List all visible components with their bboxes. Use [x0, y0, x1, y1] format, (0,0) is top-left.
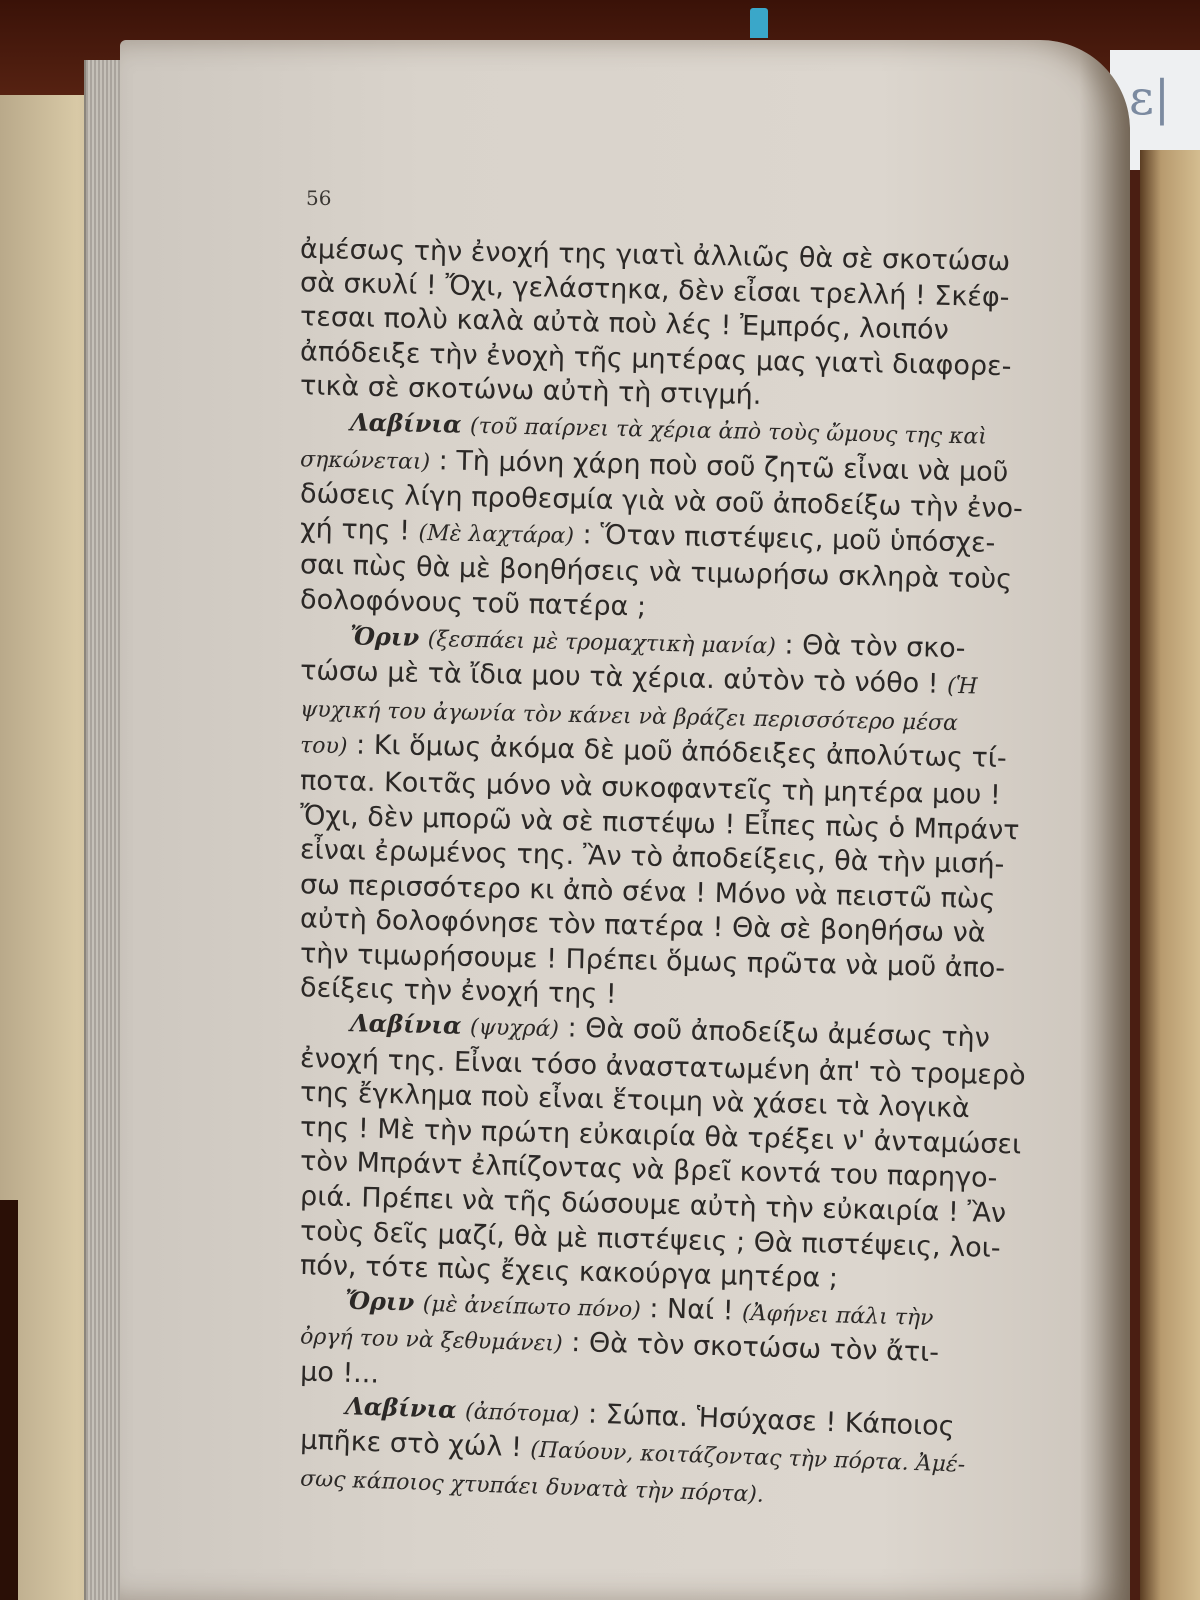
bookmark-ribbon [750, 8, 768, 38]
page-text: ἀμέσως τὴν ἐνοχή της γιατὶ ἀλλιῶς θὰ σὲ … [300, 240, 1130, 1511]
stage-direction: (Μὲ λαχτάρα) [418, 521, 574, 549]
page-number: 56 [306, 186, 331, 210]
stage-direction: (τοῦ παίρνει τὰ χέρια ἀπὸ τοὺς ὤμους της… [470, 414, 987, 450]
speaker-name: Ὄριν [345, 1285, 415, 1316]
stage-direction: σηκώνεται) [300, 447, 430, 475]
stage-direction: ὀργή του νὰ ξεθυμάνει) [300, 1325, 563, 1357]
stage-direction: (μὲ ἀνείπωτο πόνο) [422, 1292, 641, 1323]
book-cover-right [1140, 150, 1200, 1600]
stage-direction: (Ἀφήνει πάλι τὴν [742, 1301, 934, 1331]
stage-direction: (ξεσπάει μὲ τρομαχτικὴ μανία) [427, 627, 776, 659]
speaker-name: Λαβίνια [345, 1391, 457, 1424]
background-shadow [0, 1200, 18, 1600]
stage-direction: (Ἡ [947, 674, 978, 700]
handwriting-mark: ε| [1129, 70, 1170, 126]
stage-direction: του) [300, 734, 348, 760]
stage-direction: (ἀπότομα) [465, 1399, 580, 1428]
speaker-name: Λαβίνια [350, 407, 462, 438]
speaker-name: Ὄριν [350, 621, 420, 651]
speaker-name: Λαβίνια [350, 1008, 462, 1040]
stage-direction: (ψυχρά) [470, 1015, 560, 1042]
